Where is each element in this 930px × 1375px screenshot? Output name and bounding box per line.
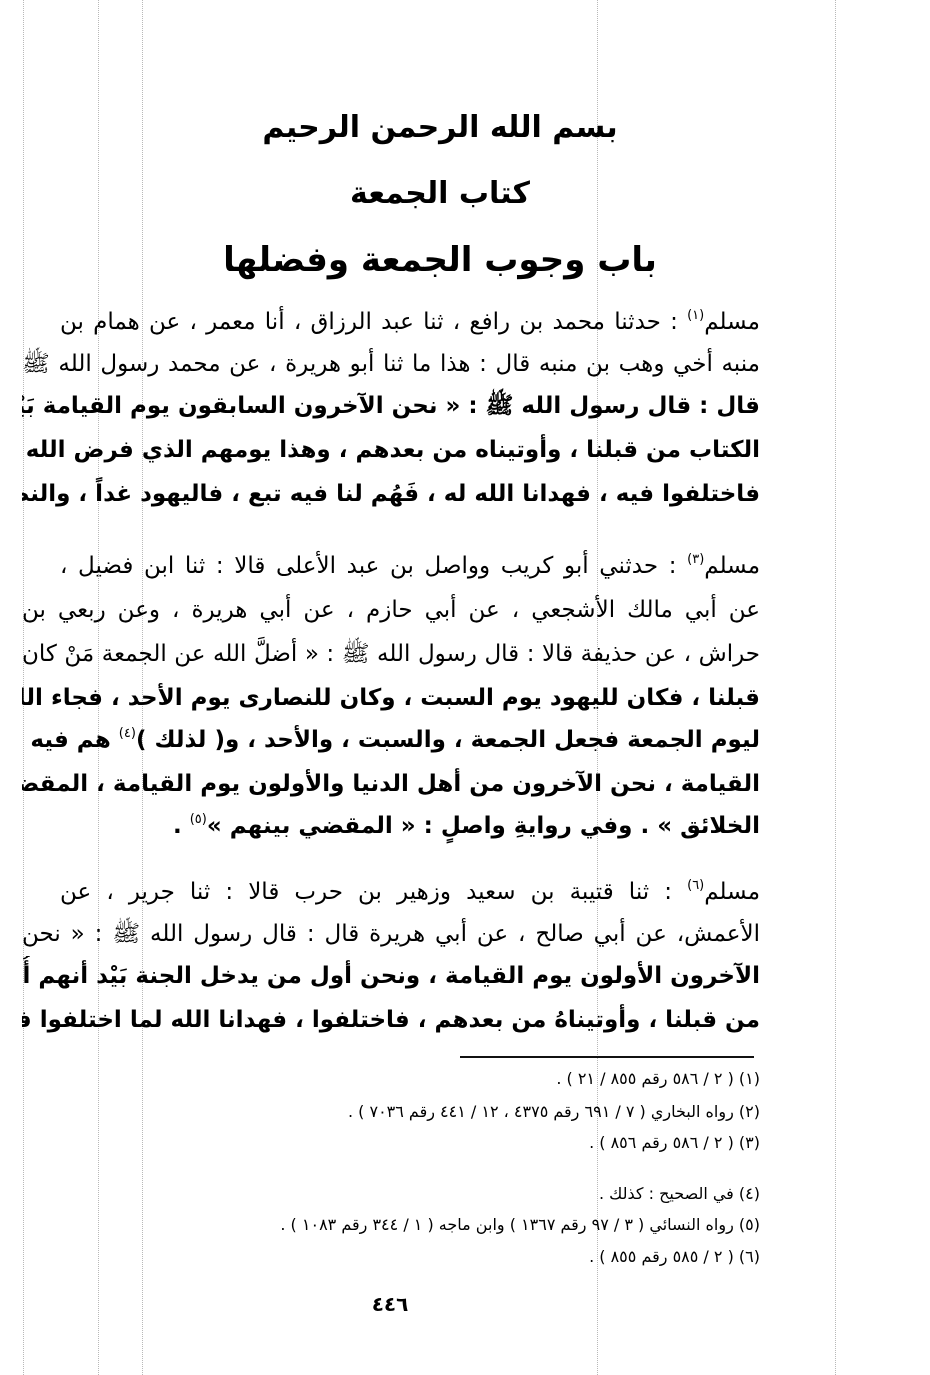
hadith-line: مسلم(١) : حدثنا محمد بن رافع ، ثنا عبد ا…	[60, 302, 760, 342]
hadith-source: مسلم	[704, 879, 760, 905]
hadith-line: قبلنا ، فكان لليهود يوم السبت ، وكان للن…	[22, 678, 760, 718]
footnote-ref: (١)	[687, 308, 704, 323]
hadith-line: الكتاب من قبلنا ، وأوتيناه من بعدهم ، وه…	[22, 430, 760, 470]
hadith-line: القيامة ، نحن الآخرون من أهل الدنيا والأ…	[22, 764, 760, 804]
footnote: (٤) في الصحيح : كذلك .	[120, 1179, 760, 1209]
hadith-line: الآخرون الأولون يوم القيامة ، ونحن أول م…	[22, 956, 760, 996]
hadith-source: مسلم	[704, 309, 760, 335]
footnote: (٣) ( ٢ / ٥٨٦ رقم ٨٥٦ ) .	[120, 1128, 760, 1158]
hadith-line: منبه أخي وهب بن منبه قال : هذا ما ثنا أب…	[22, 344, 760, 384]
footnote-ref: (٣)	[687, 552, 704, 567]
colon: :	[670, 309, 678, 335]
hadith-line: قال : قال رسول الله ﷺ : « نحن الآخرون ال…	[22, 386, 760, 426]
footnote-ref: (٦)	[687, 878, 704, 893]
hadith-line: حراش ، عن حذيفة قالا : قال رسول الله ﷺ :…	[22, 634, 760, 674]
footnote-ref: (٤)	[119, 726, 136, 741]
scan-guide-line	[835, 0, 836, 1375]
hadith-line: من قبلنا ، وأوتيناهُ من بعدهم ، فاختلفوا…	[22, 1000, 760, 1040]
footnote: (١) ( ٢ / ٥٨٦ رقم ٨٥٥ / ٢١ ) .	[120, 1064, 760, 1094]
hadith-line: فاختلفوا فيه ، فهدانا الله له ، فَهُم لن…	[22, 474, 760, 514]
hadith-source: مسلم	[704, 553, 760, 579]
chapter-title: باب وجوب الجمعة وفضلها	[150, 240, 730, 280]
basmala: بسم الله الرحمن الرحيم	[150, 110, 730, 145]
footnote: (٥) رواه النسائي ( ٣ / ٩٧ رقم ١٣٦٧ ) واب…	[120, 1210, 760, 1240]
footnote: (٦) ( ٢ / ٥٨٥ رقم ٨٥٥ ) .	[120, 1242, 760, 1272]
footnote: (٢) رواه البخاري ( ٧ / ٦٩١ رقم ٤٣٧٥ ، ١٢…	[120, 1097, 760, 1127]
footnote-separator	[460, 1056, 754, 1058]
footnote-ref: (٥)	[190, 812, 207, 827]
hadith-line: ليوم الجمعة فجعل الجمعة ، والسبت ، والأح…	[22, 720, 760, 760]
hadith-line: عن أبي مالك الأشجعي ، عن أبي حازم ، عن أ…	[22, 590, 760, 630]
hadith-line: الخلائق » . وفي روايةِ واصلٍ : « المقضي …	[22, 806, 760, 846]
hadith-line: مسلم(٣) : حدثني أبو كريب وواصل بن عبد ال…	[60, 546, 760, 586]
hadith-line: مسلم(٦) : ثنا قتيبة بن سعيد وزهير بن حرب…	[60, 872, 760, 912]
page-number: ٤٤٦	[335, 1292, 445, 1316]
book-title: كتاب الجمعة	[150, 176, 730, 211]
hadith-line: الأعمش، عن أبي صالح ، عن أبي هريرة قال :…	[22, 914, 760, 954]
